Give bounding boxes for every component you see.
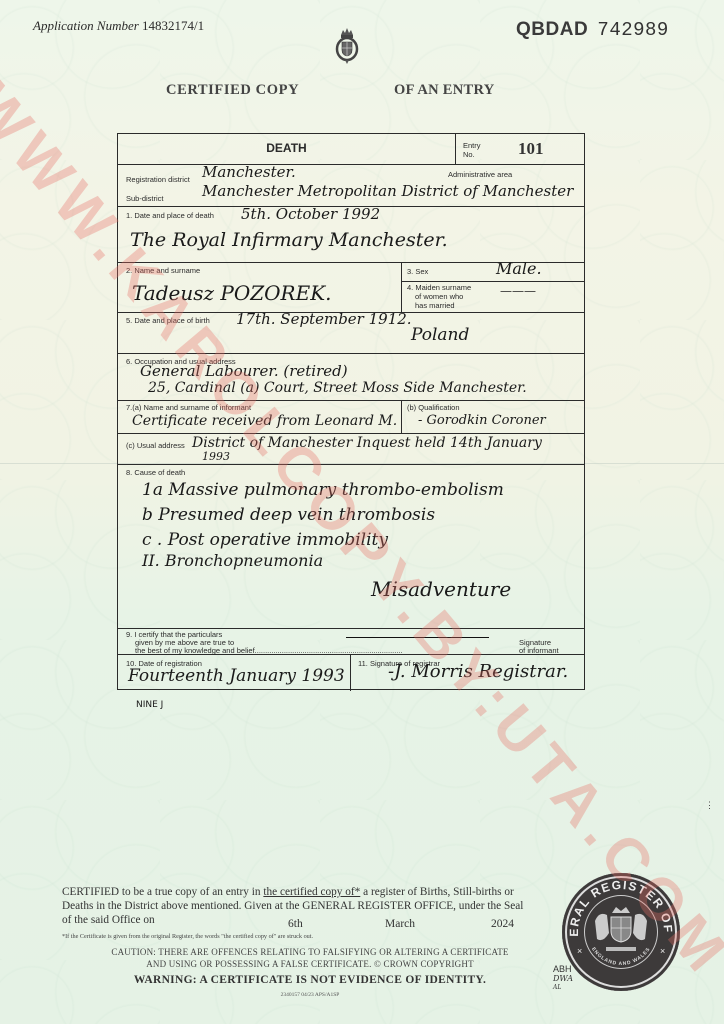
cause-line-1c: c . Post operative immobility (142, 530, 388, 550)
sex-value: Male. (496, 259, 542, 278)
margin-note: NINE J (136, 700, 163, 710)
registration-district-value: Manchester. (202, 163, 296, 181)
sex-cell: 3. Sex Male. (401, 263, 584, 282)
initials-3: AL (553, 983, 573, 992)
usual-address: 25, Cardinal (a) Court, Street Moss Side… (148, 380, 527, 396)
maiden-surname-label-1: 4. Maiden surname (407, 283, 471, 292)
clerk-initials: ABH DWA AL (553, 965, 573, 992)
death-date-place-row: 1. Date and place of death 5th. October … (118, 207, 584, 263)
initials-2: DWA (553, 974, 573, 983)
sub-district-label: Sub-district (126, 194, 164, 203)
informant-address-year: 1993 (202, 450, 230, 463)
death-entry-form: DEATH Entry No. 101 Registration distric… (117, 133, 585, 690)
application-number: Application Number 14832174/1 (33, 18, 204, 34)
registrar-signature: -J. Morris Registrar. (388, 661, 568, 682)
death-place: The Royal Infirmary Manchester. (130, 229, 448, 251)
entry-no-label: Entry No. (463, 141, 485, 159)
sex-label: 3. Sex (407, 267, 428, 276)
seal-year: 2024 (491, 918, 514, 930)
deceased-name: Tadeusz POZOREK. (132, 281, 332, 305)
cause-label: 8. Cause of death (126, 468, 185, 477)
seal-month: March (385, 918, 415, 930)
divider (455, 134, 456, 164)
title-of-an-entry: OF AN ENTRY (394, 82, 495, 99)
general-register-office-seal: GENERAL REGISTER OFFICE ENGLAND AND WALE… (562, 873, 680, 991)
certify-label-3: the best of my knowledge and belief.....… (135, 646, 515, 655)
occupation-value: General Labourer. (retired) (140, 362, 348, 380)
administrative-area-label: Administrative area (448, 170, 512, 179)
edge-mark: ⋮ (705, 800, 714, 811)
certified-text-underlined: the certified copy of* (263, 886, 360, 898)
maiden-surname-label-2: of women who (415, 292, 463, 301)
registration-row: 10. Date of registration Fourteenth Janu… (118, 655, 584, 691)
qualification-label: (b) Qualification (407, 403, 460, 412)
signature-of-informant-label-2: of informant (519, 646, 559, 655)
print-code: 2340157 04/23 APS/A1SP (60, 992, 560, 998)
svg-text:×: × (577, 946, 582, 956)
certificate-serial: QBDAD 742989 (516, 19, 669, 41)
form-header-row: DEATH Entry No. 101 (118, 134, 584, 165)
informant-name: Certificate received from Leonard M. (132, 413, 397, 429)
caution-line-2: AND USING OR POSSESSING A FALSE CERTIFIC… (60, 958, 560, 970)
district-row: Registration district Manchester. Admini… (118, 165, 584, 207)
form-type: DEATH (118, 141, 455, 155)
title-certified-copy: CERTIFIED COPY (166, 82, 299, 99)
birth-row: 5. Date and place of birth 17th. Septemb… (118, 313, 584, 354)
serial-prefix: QBDAD (516, 19, 588, 40)
caution-line-1: CAUTION: THERE ARE OFFENCES RELATING TO … (60, 946, 560, 958)
informant-address-value: District of Manchester Inquest held 14th… (192, 435, 542, 451)
sub-district-value: Manchester Metropolitan District of Manc… (202, 182, 573, 200)
seal-day: 6th (288, 918, 303, 930)
cause-line-2: II. Bronchopneumonia (142, 551, 323, 570)
registration-district-label: Registration district (126, 175, 190, 184)
footnote: *If the Certificate is given from the or… (62, 933, 313, 940)
caution-notice: CAUTION: THERE ARE OFFENCES RELATING TO … (60, 946, 560, 970)
birth-label: 5. Date and place of birth (126, 316, 210, 325)
death-date: 5th. October 1992 (241, 205, 380, 223)
death-label: 1. Date and place of death (126, 211, 214, 220)
maiden-surname-label-3: has married (415, 301, 455, 310)
qualification-value: - Gorodkin Coroner (418, 413, 546, 428)
occupation-row: 6. Occupation and usual address General … (118, 354, 584, 401)
seal-emblem-icon: GENERAL REGISTER OFFICE ENGLAND AND WALE… (562, 873, 680, 991)
verdict: Misadventure (371, 577, 511, 601)
application-number-label: Application Number (33, 18, 139, 33)
cause-line-1b: b Presumed deep vein thrombosis (142, 505, 435, 525)
maiden-surname-value: ——— (500, 284, 536, 298)
informant-address-label: (c) Usual address (126, 441, 185, 450)
birth-date: 17th. September 1912. (236, 310, 412, 328)
name-label: 2. Name and surname (126, 266, 200, 275)
initials-1: ABH (553, 965, 573, 974)
name-sex-row: 2. Name and surname Tadeusz POZOREK. 3. … (118, 263, 584, 313)
informant-label: 7.(a) Name and surname of informant (126, 403, 251, 412)
birth-place: Poland (411, 325, 469, 345)
informant-signature-line (346, 637, 489, 638)
svg-text:×: × (660, 946, 665, 956)
certified-text-pre: CERTIFIED to be a true copy of an entry … (62, 886, 263, 898)
identity-warning: WARNING: A CERTIFICATE IS NOT EVIDENCE O… (60, 974, 560, 986)
divider (350, 655, 351, 691)
certify-row: 9. I certify that the particulars given … (118, 629, 584, 655)
serial-number: 742989 (597, 19, 668, 41)
informant-address-row: (c) Usual address District of Manchester… (118, 434, 584, 465)
divider (401, 401, 402, 433)
cause-of-death-row: 8. Cause of death 1a Massive pulmonary t… (118, 465, 584, 629)
registration-date: Fourteenth January 1993 (128, 666, 345, 686)
cause-line-1a: 1a Massive pulmonary thrombo-embolism (142, 480, 504, 500)
informant-row: 7.(a) Name and surname of informant Cert… (118, 401, 584, 434)
entry-number: 101 (518, 139, 544, 159)
royal-crest-icon (335, 26, 359, 66)
application-number-value: 14832174/1 (142, 18, 204, 33)
